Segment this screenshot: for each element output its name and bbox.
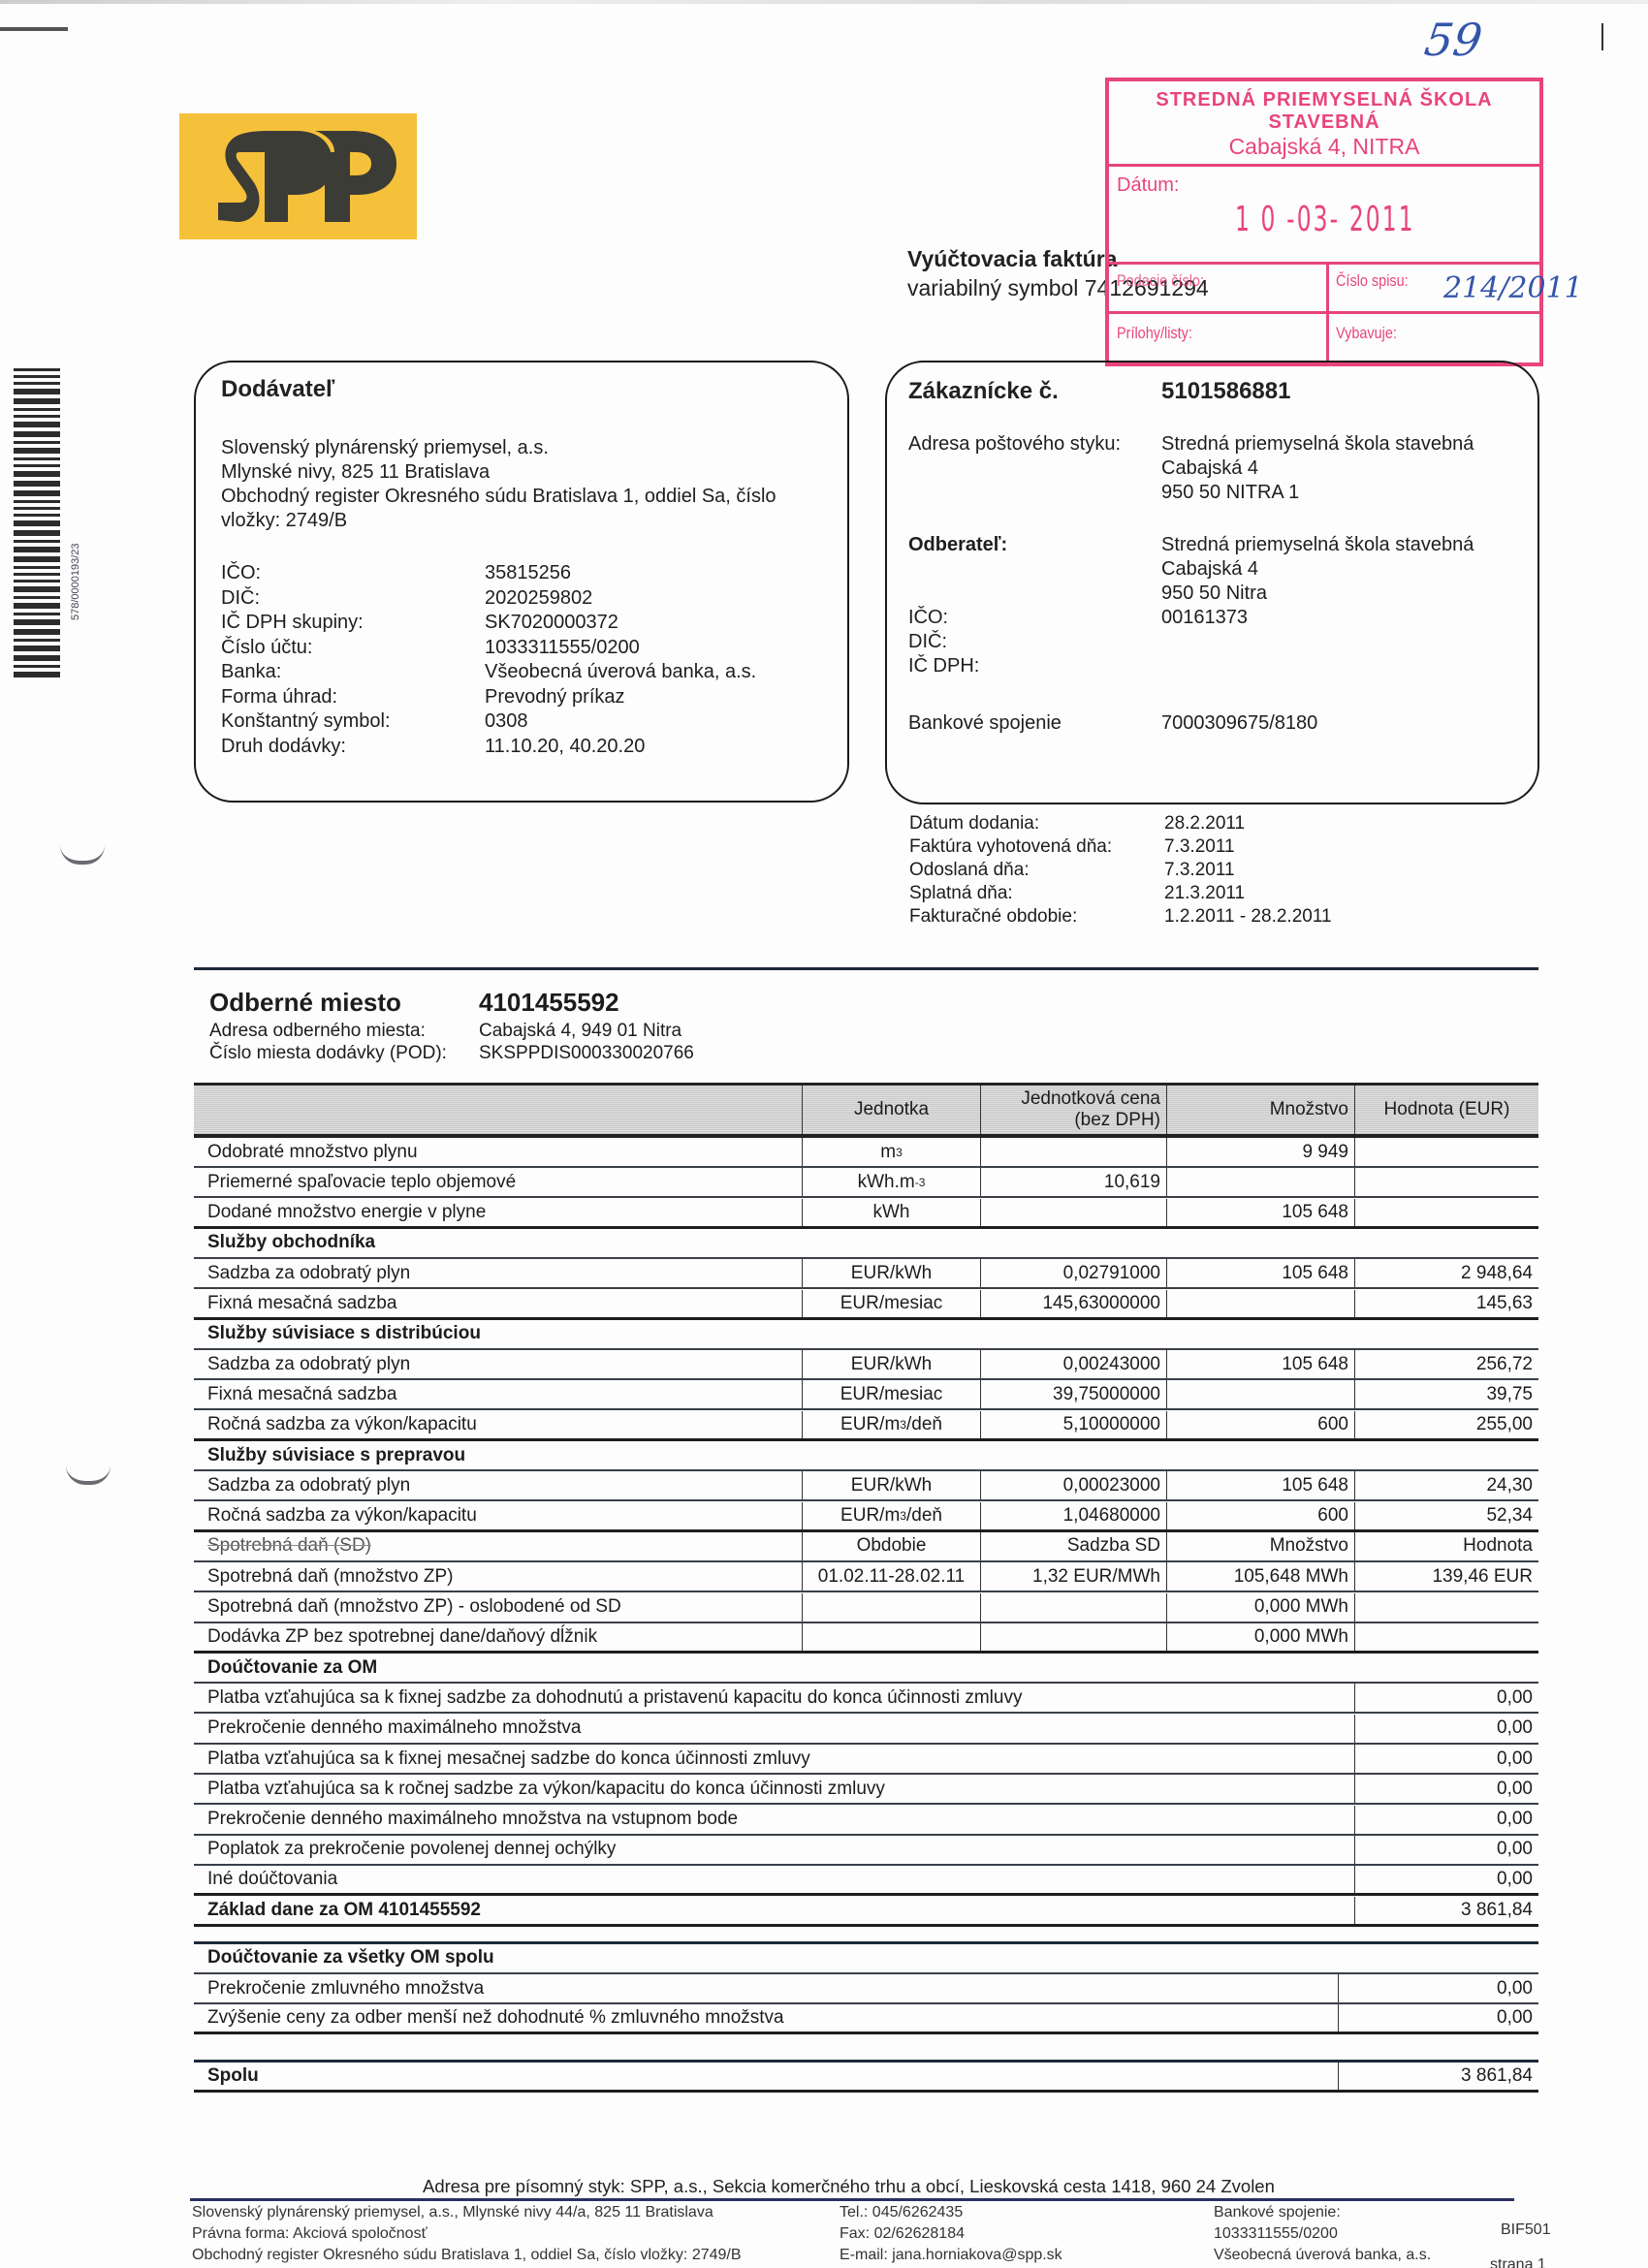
cell-quantity: 105,648 MWh	[1166, 1562, 1354, 1591]
barcode-bar	[14, 398, 60, 404]
cell-value	[1354, 1593, 1538, 1622]
cell-label: Ročná sadzba za výkon/kapacitu	[194, 1502, 483, 1529]
excise-col-qty: Množstvo	[1166, 1532, 1354, 1560]
supplier-field-value: Všeobecná úverová banka, a.s.	[485, 660, 756, 685]
supplier-field-label: Konštantný symbol:	[221, 709, 391, 735]
consumption-point-title: Odberné miesto	[209, 988, 401, 1018]
cell-label: Dodávka ZP bez spotrebnej dane/daňový dĺ…	[194, 1623, 603, 1651]
supplier-field-label: Druh dodávky:	[221, 735, 346, 760]
cell-quantity: 600	[1166, 1411, 1354, 1438]
punch-hole-mark	[66, 1465, 111, 1485]
supplier-register: Obchodný register Okresného súdu Bratisl…	[221, 485, 776, 510]
cell-value: 0,00	[1338, 1974, 1538, 2002]
excise-title: Spotrebná daň (SD)	[194, 1532, 377, 1560]
address-label: Adresa odberného miesta:	[209, 1020, 447, 1042]
cell-unit-price: 10,619	[980, 1168, 1166, 1196]
barcode-bar	[14, 415, 60, 418]
table-row: Dodané množstvo energie v plynekWh105 64…	[194, 1199, 1538, 1229]
col-unit: Jednotka	[802, 1086, 980, 1134]
cell-quantity: 0,000 MWh	[1166, 1623, 1354, 1651]
date-label: Fakturačné obdobie:	[909, 905, 1164, 929]
registry-stamp: STREDNÁ PRIEMYSELNÁ ŠKOLA STAVEBNÁ Cabaj…	[1105, 78, 1543, 366]
cell-label: Zvýšenie ceny za odber menší než dohodnu…	[194, 2004, 790, 2032]
cell-value: 24,30	[1354, 1471, 1538, 1499]
table-header: Jednotka Jednotková cena (bez DPH) Množs…	[194, 1083, 1538, 1138]
scan-edge-mark	[1601, 23, 1603, 50]
cell-unit: EUR/kWh	[802, 1259, 980, 1287]
stamp-date-label: Dátum:	[1117, 174, 1179, 197]
cell-label: Ročná sadzba za výkon/kapacitu	[194, 1411, 483, 1438]
date-row: Splatná dňa:21.3.2011	[909, 882, 1332, 905]
barcode-bar	[14, 629, 60, 635]
table-row: Platba vzťahujúca sa k ročnej sadzbe za …	[194, 1775, 1538, 1805]
cell-period	[802, 1623, 980, 1651]
stamp-file-number-handwritten: 214/2011	[1443, 271, 1583, 305]
cell-label: Sadzba za odobratý plyn	[194, 1259, 416, 1287]
date-row: Odoslaná dňa:7.3.2011	[909, 859, 1332, 882]
table-row: Ročná sadzba za výkon/kapacituEUR/m3/deň…	[194, 1411, 1538, 1441]
barcode-bar	[14, 665, 60, 668]
barcode-number: 578/0000193/23	[70, 543, 81, 620]
cell-value: 0,00	[1354, 1775, 1538, 1803]
table-row: Ročná sadzba za výkon/kapacituEUR/m3/deň…	[194, 1502, 1538, 1532]
date-value: 28.2.2011	[1164, 812, 1245, 835]
cell-label: Prekročenie zmluvného množstva	[194, 1974, 490, 2002]
barcode-bar	[14, 613, 60, 615]
cell-label: Poplatok za prekročenie povolenej dennej…	[194, 1836, 621, 1864]
barcode-bar	[14, 596, 60, 599]
excise-col-rate: Sadzba SD	[980, 1532, 1166, 1560]
postal-address-line: Cabajská 4	[1161, 457, 1258, 482]
barcode-bar	[14, 408, 60, 411]
buyer-line: Stredná priemyselná škola stavebná	[1161, 533, 1474, 558]
table-row: Základ dane za OM 41014555923 861,84	[194, 1897, 1538, 1927]
cell-period	[802, 1593, 980, 1622]
cell-value: 139,46 EUR	[1354, 1562, 1538, 1591]
cell-value	[1354, 1138, 1538, 1166]
barcode-bar	[14, 431, 60, 437]
barcode-bar	[14, 566, 60, 569]
cell-value	[1354, 1199, 1538, 1226]
excise-header-row: Spotrebná daň (SD)ObdobieSadzba SDMnožst…	[194, 1532, 1538, 1562]
cell-label: Iné doúčtovania	[194, 1866, 343, 1893]
excise-col-period: Obdobie	[802, 1532, 980, 1560]
supplier-register-cont: vložky: 2749/B	[221, 509, 347, 534]
barcode-bar	[14, 520, 60, 526]
spp-logo	[179, 113, 417, 239]
barcode-bar	[14, 547, 60, 552]
stamp-filing-number-label: Podacie číslo:	[1117, 271, 1204, 291]
barcode-bar	[14, 389, 60, 394]
cell-value: 0,00	[1338, 2004, 1538, 2032]
cell-label: Dodané množstvo energie v plyne	[194, 1199, 491, 1226]
supplier-field-value: 35815256	[485, 561, 571, 586]
buyer-line: Cabajská 4	[1161, 557, 1258, 583]
cell-label: Prekročenie denného maximálneho množstva…	[194, 1806, 744, 1834]
col-unit-price: Jednotková cena (bez DPH)	[980, 1086, 1166, 1134]
date-row: Dátum dodania:28.2.2011	[909, 812, 1332, 835]
postal-address-line: Stredná priemyselná škola stavebná	[1161, 432, 1474, 457]
stamp-line-3: Cabajská 4, NITRA	[1109, 134, 1539, 160]
cell-quantity: 105 648	[1166, 1199, 1354, 1226]
date-row: Fakturačné obdobie:1.2.2011 - 28.2.2011	[909, 905, 1332, 929]
cell-quantity: 0,000 MWh	[1166, 1593, 1354, 1622]
cell-unit-price: 0,02791000	[980, 1259, 1166, 1287]
barcode-bar	[14, 540, 60, 543]
scan-edge	[0, 0, 1648, 4]
cell-value	[1354, 1168, 1538, 1196]
cell-unit-price: 1,04680000	[980, 1502, 1166, 1529]
cell-unit-price: 0,00023000	[980, 1471, 1166, 1499]
supplier-address: Mlynské nivy, 825 11 Bratislava	[221, 460, 490, 486]
cell-unit: EUR/m3/deň	[802, 1411, 980, 1438]
barcode-bar	[14, 619, 60, 625]
date-row: Faktúra vyhotovená dňa:7.3.2011	[909, 835, 1332, 859]
barcode-bar	[14, 655, 60, 661]
cell-value: 52,34	[1354, 1502, 1538, 1529]
form-code: BIF501	[1501, 2221, 1551, 2239]
cell-value	[1354, 1623, 1538, 1651]
barcode-bar	[14, 490, 60, 496]
barcode-bar	[14, 672, 60, 677]
supplier-field-label: IČO:	[221, 561, 261, 586]
excise-row: Dodávka ZP bez spotrebnej dane/daňový dĺ…	[194, 1623, 1538, 1654]
cell-unit-price: 0,00243000	[980, 1350, 1166, 1378]
cell-quantity: 105 648	[1166, 1350, 1354, 1378]
barcode-bar	[14, 368, 60, 371]
table-row: Platba vzťahujúca sa k fixnej sadzbe za …	[194, 1684, 1538, 1714]
excise-row: Spotrebná daň (množstvo ZP)01.02.11-28.0…	[194, 1562, 1538, 1592]
customer-number-label: Zákaznícke č.	[908, 378, 1059, 405]
postal-address-label: Adresa poštového styku:	[908, 432, 1121, 457]
cell-quantity: 600	[1166, 1502, 1354, 1529]
barcode	[14, 368, 60, 683]
cell-label: Základ dane za OM 4101455592	[194, 1897, 487, 1924]
supplier-field-value: 2020259802	[485, 586, 592, 612]
supplier-field-value: Prevodný príkaz	[485, 685, 625, 710]
section-title: Doúčtovanie za OM	[194, 1654, 383, 1682]
document-title: Vyúčtovacia faktúra	[907, 246, 1117, 272]
table-row: Platba vzťahujúca sa k fixnej mesačnej s…	[194, 1745, 1538, 1775]
barcode-bar	[14, 481, 60, 487]
cell-value: 0,00	[1354, 1715, 1538, 1743]
cell-quantity: 105 648	[1166, 1471, 1354, 1499]
section-header-row: Služby súvisiace s distribúciou	[194, 1320, 1538, 1350]
cell-unit: kWh	[802, 1199, 980, 1226]
excise-col-value: Hodnota	[1354, 1532, 1538, 1560]
stamp-line-1: STREDNÁ PRIEMYSELNÁ ŠKOLA	[1109, 89, 1539, 111]
cell-value: 255,00	[1354, 1411, 1538, 1438]
supplier-heading: Dodávateľ	[221, 376, 334, 403]
customer-ico: 00161373	[1161, 606, 1248, 631]
table-row: Priemerné spaľovacie teplo objemovékWh.m…	[194, 1168, 1538, 1198]
punch-hole-mark	[60, 845, 105, 865]
cell-period: 01.02.11-28.02.11	[802, 1562, 980, 1591]
table-row: Poplatok za prekročenie povolenej dennej…	[194, 1836, 1538, 1866]
cell-value: 2 948,64	[1354, 1259, 1538, 1287]
table-row: Spolu3 861,84	[194, 2063, 1538, 2093]
section-title: Služby obchodníka	[194, 1229, 381, 1257]
table-row: Prekročenie zmluvného množstva0,00	[194, 1974, 1538, 2004]
table-row: Prekročenie denného maximálneho množstva…	[194, 1806, 1538, 1836]
customer-bank-label: Bankové spojenie	[908, 711, 1062, 737]
cell-value: 256,72	[1354, 1350, 1538, 1378]
pod-value: SKSPPDIS000330020766	[479, 1042, 694, 1064]
table-row: Sadzba za odobratý plynEUR/kWh0,00243000…	[194, 1350, 1538, 1380]
customer-box: Zákaznícke č. 5101586881 Adresa poštovéh…	[885, 361, 1539, 804]
stamp-attachments-label: Prílohy/listy:	[1117, 324, 1192, 343]
barcode-bar	[14, 530, 60, 536]
cell-quantity: 105 648	[1166, 1259, 1354, 1287]
customer-ico-label: IČO:	[908, 606, 948, 631]
section-header-row: Služby súvisiace s prepravou	[194, 1441, 1538, 1471]
invoice-dates: Dátum dodania:28.2.2011Faktúra vyhotoven…	[909, 812, 1332, 929]
cell-label: Fixná mesačná sadzba	[194, 1290, 402, 1317]
cell-value: 3 861,84	[1338, 2063, 1538, 2090]
supplier-field-label: Banka:	[221, 660, 281, 685]
supplier-field-label: IČ DPH skupiny:	[221, 611, 364, 636]
barcode-bar	[14, 514, 60, 517]
cell-unit: EUR/m3/deň	[802, 1502, 980, 1529]
barcode-bar	[14, 422, 60, 427]
section-header-row: Služby obchodníka	[194, 1229, 1538, 1259]
cell-quantity	[1166, 1380, 1354, 1408]
supplier-field-value: 0308	[485, 709, 528, 735]
scan-corner-mark	[0, 27, 68, 31]
postal-address-line: 950 50 NITRA 1	[1161, 481, 1299, 506]
supplier-box: Dodávateľ Slovenský plynárenský priemyse…	[194, 361, 849, 803]
cell-quantity	[1166, 1290, 1354, 1317]
cell-label: Spotrebná daň (množstvo ZP) - oslobodené…	[194, 1593, 627, 1622]
col-quantity: Množstvo	[1166, 1086, 1354, 1134]
cell-unit: EUR/kWh	[802, 1471, 980, 1499]
cell-label: Sadzba za odobratý plyn	[194, 1350, 416, 1378]
cell-label: Spolu	[194, 2063, 265, 2090]
supplier-field-value: 1033311555/0200	[485, 636, 640, 661]
cell-value: 0,00	[1354, 1836, 1538, 1864]
stamp-date-value: 1 0 -03- 2011	[1235, 200, 1415, 239]
email-link[interactable]: E-mail: jana.horniakova@spp.sk	[840, 2245, 1062, 2266]
barcode-bar	[14, 441, 60, 444]
customer-bank: 7000309675/8180	[1161, 711, 1317, 737]
cell-value: 0,00	[1354, 1806, 1538, 1834]
cell-label: Odobraté množstvo plynu	[194, 1138, 424, 1166]
cell-label: Fixná mesačná sadzba	[194, 1380, 402, 1408]
table-row: Fixná mesačná sadzbaEUR/mesiac39,7500000…	[194, 1380, 1538, 1410]
date-value: 1.2.2011 - 28.2.2011	[1164, 905, 1332, 929]
table-row: Zvýšenie ceny za odber menší než dohodnu…	[194, 2004, 1538, 2034]
phone: Tel.: 045/6262435	[840, 2202, 1062, 2223]
section-title: Služby súvisiace s prepravou	[194, 1441, 471, 1469]
cell-label: Spotrebná daň (množstvo ZP)	[194, 1562, 459, 1591]
barcode-bar	[14, 382, 60, 385]
cell-rate	[980, 1593, 1166, 1622]
consumption-point-values: Cabajská 4, 949 01 Nitra SKSPPDIS0003300…	[479, 1020, 694, 1064]
handwritten-page-number: 59	[1421, 14, 1485, 66]
table-row: Fixná mesačná sadzbaEUR/mesiac145,630000…	[194, 1290, 1538, 1320]
supplier-field-value: SK7020000372	[485, 611, 618, 636]
customer-dic-label: DIČ:	[908, 630, 947, 655]
cell-unit-price: 145,63000000	[980, 1290, 1166, 1317]
spp-logo-icon	[179, 113, 417, 239]
table-row: Iné doúčtovania0,00	[194, 1866, 1538, 1896]
customer-number: 5101586881	[1161, 378, 1290, 405]
stamp-handled-by-label: Vybavuje:	[1336, 324, 1397, 343]
cell-value: 0,00	[1354, 1866, 1538, 1893]
footer-bank: Bankové spojenie: 1033311555/0200 Všeobe…	[1214, 2202, 1431, 2266]
date-value: 21.3.2011	[1164, 882, 1245, 905]
cell-label: Sadzba za odobratý plyn	[194, 1471, 416, 1499]
cell-rate	[980, 1623, 1166, 1651]
cell-label: Platba vzťahujúca sa k ročnej sadzbe za …	[194, 1775, 891, 1803]
barcode-bar	[14, 603, 60, 609]
section-divider	[194, 967, 1538, 970]
cell-unit: kWh.m-3	[802, 1168, 980, 1196]
footer-company: Slovenský plynárenský priemysel, a.s., M…	[192, 2202, 742, 2266]
cell-value: 3 861,84	[1354, 1897, 1538, 1924]
cell-unit: EUR/kWh	[802, 1350, 980, 1378]
section-header-row: Doúčtovanie za OM	[194, 1654, 1538, 1684]
cell-unit-price: 5,10000000	[980, 1411, 1166, 1438]
cell-unit-price: 39,75000000	[980, 1380, 1166, 1408]
date-value: 7.3.2011	[1164, 859, 1235, 882]
section-title: Služby súvisiace s distribúciou	[194, 1320, 487, 1348]
barcode-bar	[14, 471, 60, 477]
excise-row: Spotrebná daň (množstvo ZP) - oslobodené…	[194, 1593, 1538, 1623]
table-row: Sadzba za odobratý plynEUR/kWh0,02791000…	[194, 1259, 1538, 1289]
section-header-row: Doúčtovanie za všetky OM spolu	[194, 1944, 1538, 1974]
cell-label: Priemerné spaľovacie teplo objemové	[194, 1168, 522, 1196]
cell-label: Platba vzťahujúca sa k fixnej mesačnej s…	[194, 1745, 816, 1773]
cell-label: Prekročenie denného maximálneho množstva	[194, 1715, 587, 1743]
date-label: Faktúra vyhotovená dňa:	[909, 835, 1164, 859]
buyer-line: 950 50 Nitra	[1161, 582, 1267, 607]
stamp-file-number-label: Číslo spisu:	[1336, 271, 1409, 291]
barcode-bar	[14, 500, 60, 503]
supplier-field-label: Číslo účtu:	[221, 636, 312, 661]
address-value: Cabajská 4, 949 01 Nitra	[479, 1020, 694, 1042]
cell-value: 0,00	[1354, 1745, 1538, 1773]
section-title: Doúčtovanie za všetky OM spolu	[194, 1944, 500, 1972]
date-label: Dátum dodania:	[909, 812, 1164, 835]
barcode-bar	[14, 457, 60, 460]
cell-value: 0,00	[1354, 1684, 1538, 1712]
supplier-field-label: DIČ:	[221, 586, 260, 612]
variable-symbol-label: variabilný symbol	[907, 275, 1078, 300]
cell-quantity: 9 949	[1166, 1138, 1354, 1166]
date-value: 7.3.2011	[1164, 835, 1235, 859]
col-value: Hodnota (EUR)	[1354, 1086, 1538, 1134]
cell-unit: EUR/mesiac	[802, 1290, 980, 1317]
footer-divider	[190, 2198, 1514, 2201]
barcode-bar	[14, 646, 60, 651]
consumption-point-number: 4101455592	[479, 988, 619, 1018]
page-label: strana 1	[1490, 2256, 1546, 2268]
barcode-bar	[14, 573, 60, 576]
footer-contact: Tel.: 045/6262435 Fax: 02/62628184 E-mai…	[840, 2202, 1062, 2266]
consumption-point-labels: Adresa odberného miesta: Číslo miesta do…	[209, 1020, 447, 1064]
date-label: Splatná dňa:	[909, 882, 1164, 905]
cell-unit: EUR/mesiac	[802, 1380, 980, 1408]
supplier-name: Slovenský plynárenský priemysel, a.s.	[221, 436, 549, 461]
barcode-bar	[14, 507, 60, 510]
cell-unit: m3	[802, 1138, 980, 1166]
date-label: Odoslaná dňa:	[909, 859, 1164, 882]
table-row: Odobraté množstvo plynum39 949	[194, 1138, 1538, 1168]
cell-quantity	[1166, 1168, 1354, 1196]
barcode-bar	[14, 448, 60, 454]
cell-unit-price	[980, 1138, 1166, 1166]
barcode-bar	[14, 464, 60, 467]
cell-value: 145,63	[1354, 1290, 1538, 1317]
stamp-line-2: STAVEBNÁ	[1109, 111, 1539, 134]
customer-icdph-label: IČ DPH:	[908, 654, 979, 679]
barcode-bar	[14, 580, 60, 583]
table-row: Sadzba za odobratý plynEUR/kWh0,00023000…	[194, 1471, 1538, 1501]
barcode-bar	[14, 375, 60, 378]
pod-label: Číslo miesta dodávky (POD):	[209, 1042, 447, 1064]
supplier-field-label: Forma úhrad:	[221, 685, 337, 710]
barcode-bar	[14, 556, 60, 562]
mailing-address: Adresa pre písomný styk: SPP, a.s., Sekc…	[423, 2176, 1275, 2197]
buyer-label: Odberateľ:	[908, 533, 1007, 558]
supplier-field-value: 11.10.20, 40.20.20	[485, 735, 645, 760]
cell-unit-price	[980, 1199, 1166, 1226]
cell-label: Platba vzťahujúca sa k fixnej sadzbe za …	[194, 1684, 1028, 1712]
barcode-bar	[14, 639, 60, 642]
fax: Fax: 02/62628184	[840, 2223, 1062, 2245]
table-row: Prekročenie denného maximálneho množstva…	[194, 1715, 1538, 1745]
cell-rate: 1,32 EUR/MWh	[980, 1562, 1166, 1591]
cell-value: 39,75	[1354, 1380, 1538, 1408]
barcode-bar	[14, 586, 60, 592]
